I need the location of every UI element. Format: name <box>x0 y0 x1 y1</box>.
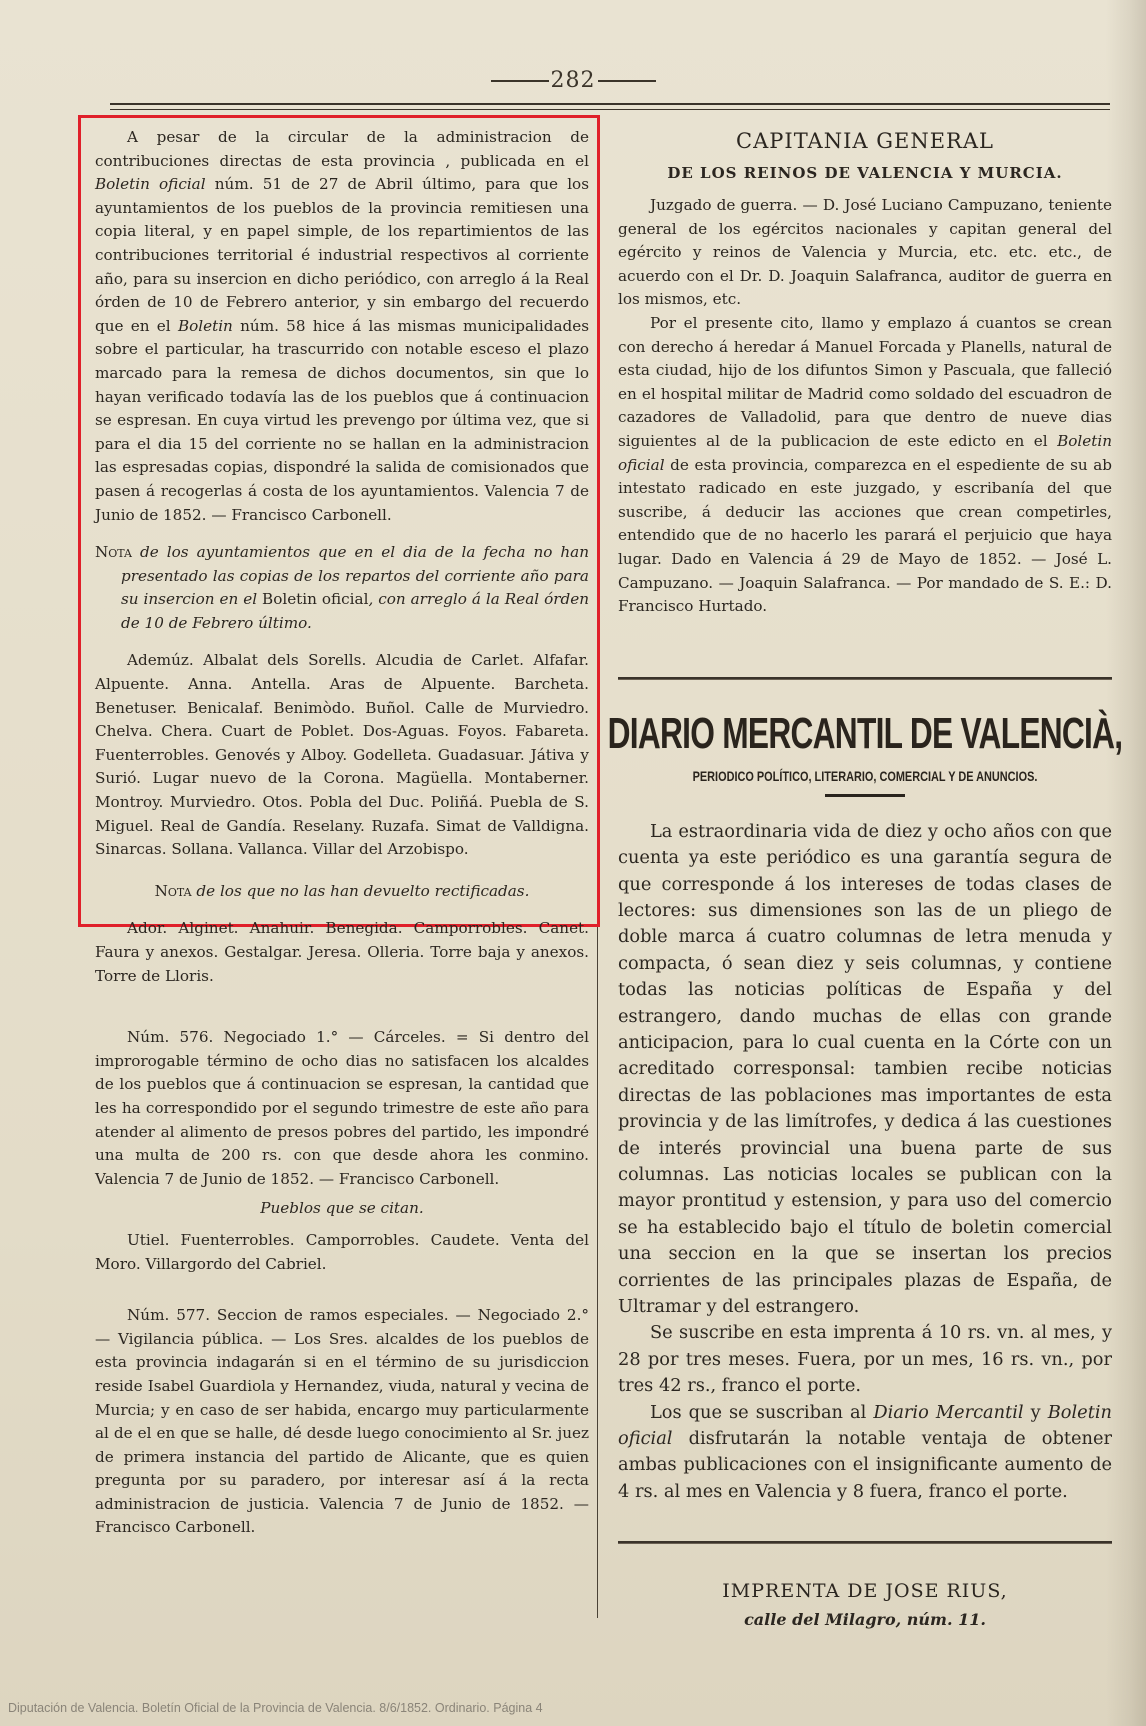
nota-rectificadas: Nota de los que no las han devuelto rect… <box>95 880 589 904</box>
capitania-p2-text-a: Por el presente cito, llamo y emplazo á … <box>618 314 1112 450</box>
page-number-dash-left <box>491 80 549 82</box>
capitania-subtitle: DE LOS REINOS DE VALENCIA Y MURCIA. <box>618 164 1112 182</box>
nota2-label: Nota <box>155 882 192 900</box>
circular-italic-boletin-2: Boletin <box>178 317 233 335</box>
pueblos-heading: Pueblos que se citan. <box>95 1197 589 1221</box>
imprenta-name: IMPRENTA DE JOSE RIUS, <box>618 1580 1112 1602</box>
diario-paragraph-3: Los que se suscriban al Diario Mercantil… <box>618 1400 1112 1506</box>
circular-italic-boletin: Boletin oficial <box>95 175 206 193</box>
notice-576: Núm. 576. Negociado 1.° — Cárceles. = Si… <box>95 1026 589 1191</box>
page-edge-shadow <box>1106 0 1146 1726</box>
circular-text-1: A pesar de la circular de la administrac… <box>95 128 589 170</box>
archive-footer: Diputación de Valencia. Boletín Oficial … <box>8 1701 543 1715</box>
nota-ayuntamientos: Nota de los ayuntamientos que en el dia … <box>95 541 589 635</box>
capitania-paragraph-1: Juzgado de guerra. — D. José Luciano Cam… <box>618 194 1112 312</box>
nota-label: Nota <box>95 543 132 561</box>
imprenta-address: calle del Milagro, núm. 11. <box>618 1610 1112 1629</box>
nota-text-b: Boletin oficial <box>262 590 368 608</box>
capitania-title: CAPITANIA GENERAL <box>618 128 1112 154</box>
towns-list-3: Utiel. Fuenterrobles. Camporrobles. Caud… <box>95 1229 589 1276</box>
capitania-p2-text-b: de esta provincia, comparezca en el espe… <box>618 456 1112 616</box>
page-number-text: 282 <box>551 68 596 93</box>
towns-list-2: Ador. Alginet. Anahuir. Benegida. Campor… <box>95 917 589 988</box>
left-column: A pesar de la circular de la administrac… <box>95 126 589 1540</box>
diario-p3-italic: Diario Mercantil <box>873 1402 1023 1423</box>
diario-p3-text-b: y <box>1031 1402 1041 1423</box>
towns-list-1: Ademúz. Albalat dels Sorells. Alcudia de… <box>95 649 589 861</box>
circular-text-3: núm. 58 hice á las mismas municipalidade… <box>95 317 589 524</box>
circular-paragraph: A pesar de la circular de la administrac… <box>95 126 589 527</box>
notice-577: Núm. 577. Seccion de ramos especiales. —… <box>95 1304 589 1540</box>
diario-subtitle: PERIODICO POLÍTICO, LITERARIO, COMERCIAL… <box>626 768 1105 784</box>
diario-paragraph-2: Se suscribe en esta imprenta á 10 rs. vn… <box>618 1320 1112 1399</box>
header-rule <box>110 103 1110 110</box>
diario-title: DIARIO MERCANTIL DE VALENCIÀ, <box>601 706 1129 762</box>
page-number-dash-right <box>598 80 656 82</box>
right-column: CAPITANIA GENERAL DE LOS REINOS DE VALEN… <box>618 126 1112 1629</box>
page-number: 282 <box>0 68 1146 93</box>
capitania-paragraph-2: Por el presente cito, llamo y emplazo á … <box>618 312 1112 619</box>
diario-p3-text-c: disfrutarán la notable ventaja de obtene… <box>618 1428 1112 1502</box>
nota2-text: de los que no las han devuelto rectifica… <box>196 882 529 900</box>
diario-paragraph-1: La estraordinaria vida de diez y ocho añ… <box>618 819 1112 1321</box>
circular-text-2: núm. 51 de 27 de Abril último, para que … <box>95 175 589 335</box>
diario-p3-text-a: Los que se suscriban al <box>650 1402 866 1423</box>
diario-body: La estraordinaria vida de diez y ocho añ… <box>618 819 1112 1506</box>
